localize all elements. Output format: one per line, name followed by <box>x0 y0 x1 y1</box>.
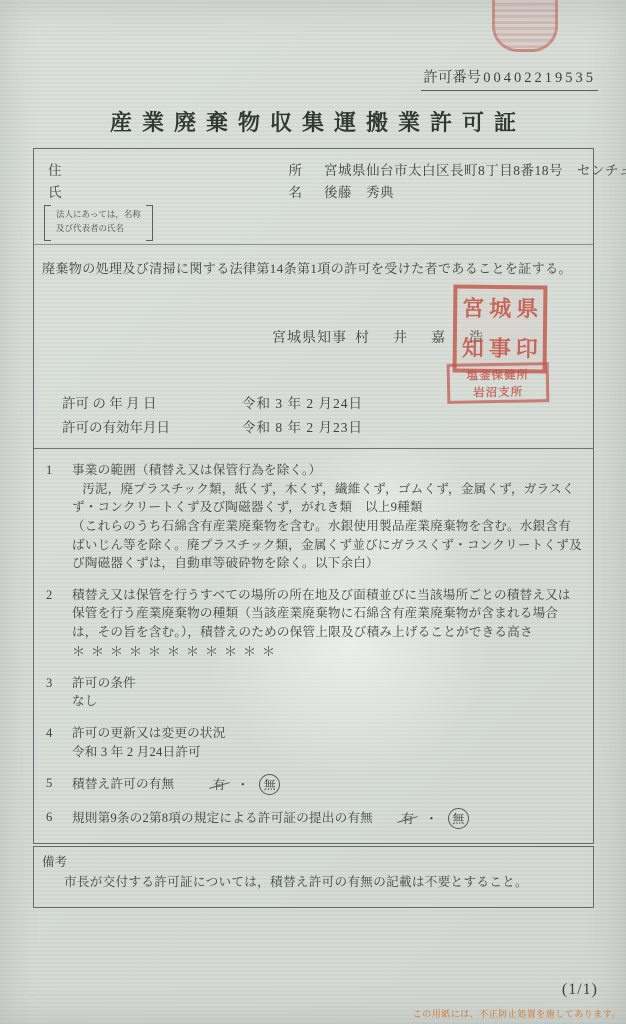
remarks-box: 備考 市長が交付する許可証については，積替え許可の有無の記載は不要とすること。 <box>33 846 594 908</box>
yes-no-choice: 有 ・ 無 <box>400 808 469 829</box>
certification-statement: 廃棄物の処理及び清掃に関する法律第14条第1項の許可を受けた者であることを証する… <box>42 258 572 277</box>
item-text: ＊＊＊＊＊＊＊＊＊＊＊ <box>72 642 583 661</box>
address-value: 宮城県仙台市太白区長町8丁目8番18号 センチュリーパル102 <box>324 159 626 179</box>
yes-no-choice: 有 ・ 無 <box>212 774 281 795</box>
corporate-note: 法人にあっては，名称 及び代表者の氏名 <box>44 205 153 241</box>
item-4-renewal-status: 4 許可の更新又は変更の状況 令和 3 年 2 月24日許可 <box>46 724 583 761</box>
item-text: 汚泥，廃プラスチック類，紙くず，木くず，繊維くず，ゴムくず，金属くず，ガラスくず… <box>72 480 583 517</box>
branch-office-stamp: 塩釜保健所 岩沼支所 <box>447 362 550 404</box>
issuer-title: 宮城県知事 <box>272 331 347 346</box>
name-value: 後藤 秀典 <box>324 181 394 201</box>
item-number: 6 <box>46 808 72 829</box>
governor-seal-row2: 知事印 <box>457 338 543 361</box>
item-5-transfer-permit: 5 積替え許可の有無 有 ・ 無 <box>46 774 583 795</box>
governor-seal: 宮城県 知事印 <box>453 285 548 374</box>
choice-yes-struck: 有 <box>400 810 415 829</box>
choice-separator: ・ <box>425 810 438 829</box>
bracket-left <box>44 205 51 241</box>
remarks-text: 市長が交付する許可証については，積替え許可の有無の記載は不要とすること。 <box>64 871 528 890</box>
permit-number: 許可番号00402219535 <box>421 66 598 91</box>
page-indicator: (1/1) <box>562 981 598 999</box>
address-label: 住 所 <box>48 159 302 179</box>
item-2-transfer-storage: 2 積替え又は保管を行うすべての場所の所在地及び面積並びに当該場所ごとの積替え又… <box>46 586 583 661</box>
valid-date-value: 令和 8 年 2 月23日 <box>242 416 363 436</box>
item-number: 2 <box>46 586 72 661</box>
page-title: 産業廃棄物収集運搬業許可証 <box>0 106 626 137</box>
choice-separator: ・ <box>237 776 250 795</box>
item-number: 4 <box>46 724 72 761</box>
permit-number-label: 許可番号 <box>423 70 481 86</box>
item-number: 5 <box>46 774 72 795</box>
permit-date-label: 許可 の 年 月 日 <box>62 392 210 412</box>
remarks-label: 備考 <box>42 852 67 870</box>
dates-block: 許可 の 年 月 日 令和 3 年 2 月24日 許可の有効年月日 令和 8 年… <box>62 392 363 440</box>
item-text: （これらのうち石綿含有産業廃棄物を含む。水銀使用製品産業廃棄物を含む。水銀含有ば… <box>72 517 583 573</box>
permit-date-value: 令和 3 年 2 月24日 <box>242 392 363 412</box>
items-section: 1 事業の範囲（積替え又は保管行為を除く。） 汚泥，廃プラスチック類，紙くず，木… <box>34 449 593 843</box>
address-row: 住 所 宮城県仙台市太白区長町8丁目8番18号 センチュリーパル102 <box>48 159 626 179</box>
permit-certificate-page: 許可番号00402219535 産業廃棄物収集運搬業許可証 住 所 宮城県仙台市… <box>0 0 626 1024</box>
item-title: 許可の条件 <box>72 674 583 693</box>
branch-office-stamp-line1: 塩釜保健所 <box>450 367 546 385</box>
item-number: 3 <box>46 674 72 711</box>
branch-office-stamp-line2: 岩沼支所 <box>450 384 546 402</box>
item-1-business-scope: 1 事業の範囲（積替え又は保管行為を除く。） 汚泥，廃プラスチック類，紙くず，木… <box>46 461 583 573</box>
item-number: 1 <box>46 461 72 573</box>
permit-number-value: 00402219535 <box>483 70 596 86</box>
name-label: 氏 名 <box>48 181 302 201</box>
main-frame: 住 所 宮城県仙台市太白区長町8丁目8番18号 センチュリーパル102 氏 名 … <box>33 148 594 844</box>
name-row: 氏 名 後藤 秀典 <box>48 181 394 201</box>
bracket-right <box>146 205 153 241</box>
anti-fraud-note: この用紙には、不正防止処置を施してあります。 <box>413 1007 621 1020</box>
item-title: 許可の更新又は変更の状況 <box>72 724 583 743</box>
valid-date-row: 許可の有効年月日 令和 8 年 2 月23日 <box>62 416 363 436</box>
choice-no-circled: 無 <box>448 808 469 829</box>
tally-stamp-partial <box>492 0 558 52</box>
choice-no-circled: 無 <box>259 774 280 795</box>
corporate-note-line2: 及び代表者の氏名 <box>56 221 141 235</box>
item-text: なし <box>72 692 583 711</box>
divider <box>34 244 593 245</box>
choice-yes-struck: 有 <box>212 776 227 795</box>
item-title: 積替え又は保管を行うすべての場所の所在地及び面積並びに当該場所ごとの積替え又は保… <box>72 586 583 642</box>
item-title: 積替え許可の有無 <box>72 778 174 792</box>
governor-seal-row1: 宮城県 <box>457 298 543 321</box>
item-text: 令和 3 年 2 月24日許可 <box>72 743 583 762</box>
valid-date-label: 許可の有効年月日 <box>62 416 210 436</box>
permit-date-row: 許可 の 年 月 日 令和 3 年 2 月24日 <box>62 392 363 412</box>
item-title: 事業の範囲（積替え又は保管行為を除く。） <box>72 461 583 480</box>
item-3-conditions: 3 許可の条件 なし <box>46 674 583 711</box>
item-title: 規則第9条の2第8項の規定による許可証の提出の有無 <box>72 812 373 826</box>
item-6-certificate-submission: 6 規則第9条の2第8項の規定による許可証の提出の有無 有 ・ 無 <box>46 808 583 829</box>
corporate-note-line1: 法人にあっては，名称 <box>56 207 141 221</box>
